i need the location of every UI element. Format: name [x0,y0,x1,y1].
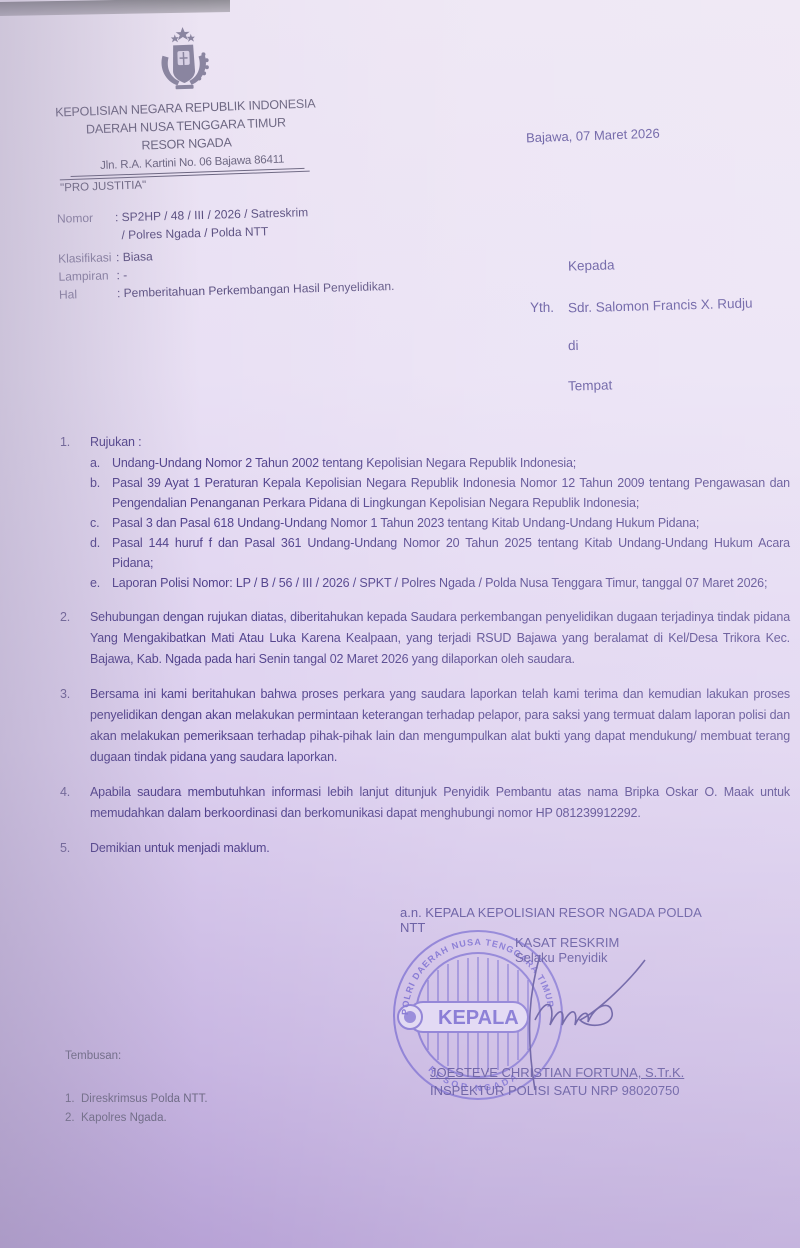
letter-page: KEPOLISIAN NEGARA REPUBLIK INDONESIA DAE… [0,0,800,1248]
paragraph-3: 3. Bersama ini kami beritahukan bahwa pr… [60,684,790,768]
handwritten-signature-icon [520,950,650,1100]
letterhead: KEPOLISIAN NEGARA REPUBLIK INDONESIA DAE… [47,20,322,177]
references-title: Rujukan : [90,432,790,453]
desk-edge [0,0,230,16]
svg-text:KEPALA: KEPALA [438,1007,519,1029]
meta-label: Klasifikasi [58,249,116,267]
paragraph-number: 2. [60,607,90,670]
reference-item: b.Pasal 39 Ayat 1 Peraturan Kepala Kepol… [90,473,790,513]
signatory-position: KASAT RESKRIM [400,935,720,950]
meta-label: Nomor [57,209,115,227]
reference-item: d.Pasal 144 huruf f dan Pasal 361 Undang… [90,533,790,573]
carbon-copy-list: Tembusan: 1.Direskrimsus Polda NTT. 2.Ka… [65,1050,208,1128]
letter-meta: Nomor : SP2HP / 48 / III / 2026 / Satres… [57,201,423,304]
paragraph-text: Apabila saudara membutuhkan informasi le… [90,782,790,824]
carbon-copy-item: 2.Kapolres Ngada. [65,1109,208,1128]
recipient-di: di [568,338,579,353]
meta-label: Hal [59,285,117,303]
recipient-name: Sdr. Salomon Francis X. Rudju [568,296,753,316]
paragraph-4: 4. Apabila saudara membutuhkan informasi… [60,782,790,824]
paragraph-text: Bersama ini kami beritahukan bahwa prose… [90,684,790,768]
signatory-on-behalf: a.n. KEPALA KEPOLISIAN RESOR NGADA POLDA… [400,905,720,935]
paragraph-2: 2. Sehubungan dengan rujukan diatas, dib… [60,607,790,670]
reference-item: c.Pasal 3 dan Pasal 618 Undang-Undang No… [90,513,790,533]
references-list: a.Undang-Undang Nomor 2 Tahun 2002 tenta… [90,453,790,593]
letter-body: 1. Rujukan : a.Undang-Undang Nomor 2 Tah… [60,432,790,873]
carbon-copy-title: Tembusan: [65,1050,208,1062]
police-crest-icon [147,24,219,94]
recipient-kepada: Kepada [568,257,615,273]
meta-label: Lampiran [58,267,116,285]
reference-item: a.Undang-Undang Nomor 2 Tahun 2002 tenta… [90,453,790,473]
carbon-copy-item: 1.Direskrimsus Polda NTT. [65,1090,208,1109]
paragraph-text: Demikian untuk menjadi maklum. [90,838,790,859]
paragraph-number: 5. [60,838,90,859]
paragraph-text: Sehubungan dengan rujukan diatas, diberi… [90,607,790,670]
paragraph-5: 5. Demikian untuk menjadi maklum. [60,838,790,859]
letter-date: Bajawa, 07 Maret 2026 [526,126,660,146]
paragraph-number: 4. [60,782,90,824]
reference-item: e.Laporan Polisi Nomor: LP / B / 56 / II… [90,573,790,593]
paragraph-1: 1. Rujukan : a.Undang-Undang Nomor 2 Tah… [60,432,790,593]
recipient-place: Tempat [568,377,613,393]
recipient-block: Kepada Yth.Sdr. Salomon Francis X. Rudju… [530,258,753,418]
paragraph-number: 3. [60,684,90,768]
recipient-yth: Yth. [530,298,568,315]
paragraph-number: 1. [60,432,90,593]
